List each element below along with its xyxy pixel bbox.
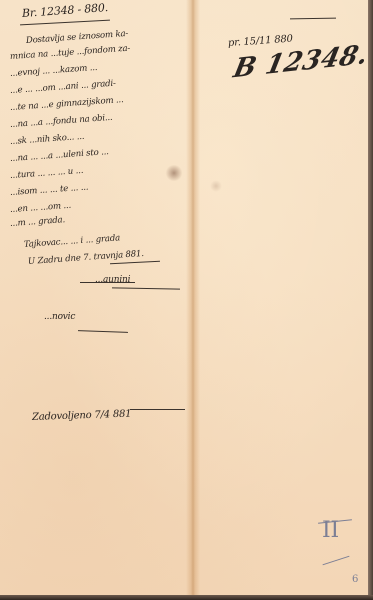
body-line: ...evnoj ... ...kazom ... xyxy=(10,63,98,79)
body-line: Dostavlja se iznosom ka- xyxy=(26,29,129,46)
body-line: ...na ... ...a ...uleni sto ... xyxy=(10,147,109,164)
resolution-note: Zadovoljeno 7/4 881 xyxy=(32,409,132,423)
document-page: Br. 12348 - 880. pr. 15/11 880 B 12348. … xyxy=(0,0,368,595)
body-line: ...na ...a ...fondu na obi... xyxy=(10,113,113,130)
header-reference-number: Br. 12348 - 880. xyxy=(22,1,109,20)
body-line: ...en ... ...om ... xyxy=(10,201,72,215)
header-underline xyxy=(20,20,110,26)
date-underline xyxy=(110,261,160,265)
signature-flourish xyxy=(80,282,135,283)
roman-numeral-bottom-bar xyxy=(323,556,350,566)
body-line: ...e ... ...om ...ani ... gradi- xyxy=(10,79,116,96)
scan-border-bottom xyxy=(0,595,373,600)
author-signature: ...aunini xyxy=(95,275,130,285)
body-line: ...te na ...e gimnazijskom ... xyxy=(10,95,124,113)
center-fold-crease xyxy=(186,0,200,595)
body-line: ...sk ...nih sko... ... xyxy=(10,132,85,147)
received-date-rule xyxy=(290,18,336,20)
scan-border-right xyxy=(368,0,373,600)
paper-blemish xyxy=(210,180,222,192)
body-line: ...tura ... ... ... u ... xyxy=(10,166,84,181)
closing-line: Tajkovac... ... i ... grada xyxy=(24,233,121,250)
page-number: 6 xyxy=(352,574,358,585)
body-line: mnica na ...tuje ...fondom za- xyxy=(10,44,131,62)
secondary-signature-flourish xyxy=(78,330,128,333)
place-and-date: U Zadru dne 7. travnja 881. xyxy=(28,249,144,267)
body-line: ...m ... grada. xyxy=(10,215,66,229)
received-date-note: pr. 15/11 880 xyxy=(228,33,294,49)
signature-underline xyxy=(112,287,180,289)
secondary-signature: ...novic xyxy=(44,312,75,322)
ink-stain xyxy=(165,165,183,181)
resolution-underline xyxy=(130,409,185,410)
body-line: ...isom ... ... te ... ... xyxy=(10,183,89,198)
